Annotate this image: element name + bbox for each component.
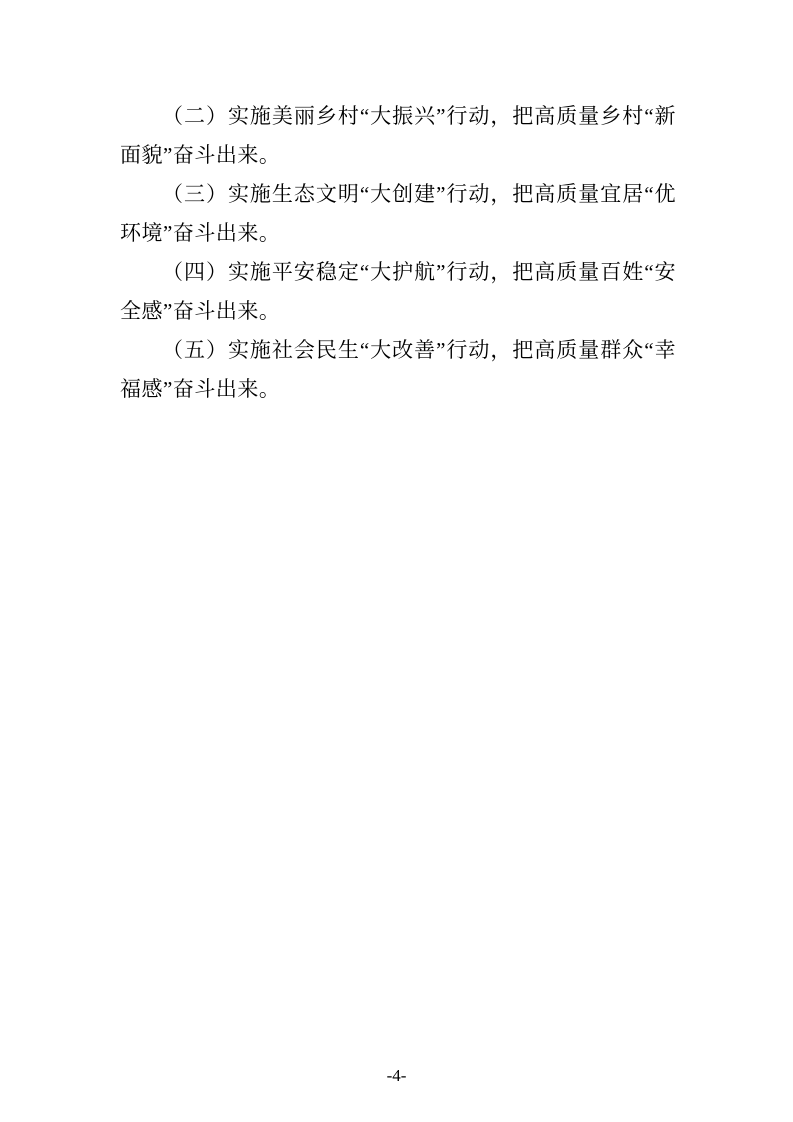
body-paragraph: （三）实施生态文明“大创建”行动，把高质量宜居“优环境”奋斗出来。 — [120, 175, 676, 253]
body-paragraph: （二）实施美丽乡村“大振兴”行动，把高质量乡村“新面貌”奋斗出来。 — [120, 97, 676, 175]
document-page: （二）实施美丽乡村“大振兴”行动，把高质量乡村“新面貌”奋斗出来。 （三）实施生… — [0, 0, 793, 1122]
body-paragraph: （四）实施平安稳定“大护航”行动，把高质量百姓“安全感”奋斗出来。 — [120, 253, 676, 331]
document-body: （二）实施美丽乡村“大振兴”行动，把高质量乡村“新面貌”奋斗出来。 （三）实施生… — [120, 97, 676, 409]
body-paragraph: （五）实施社会民生“大改善”行动，把高质量群众“幸福感”奋斗出来。 — [120, 331, 676, 409]
page-number: -4- — [0, 1064, 793, 1088]
